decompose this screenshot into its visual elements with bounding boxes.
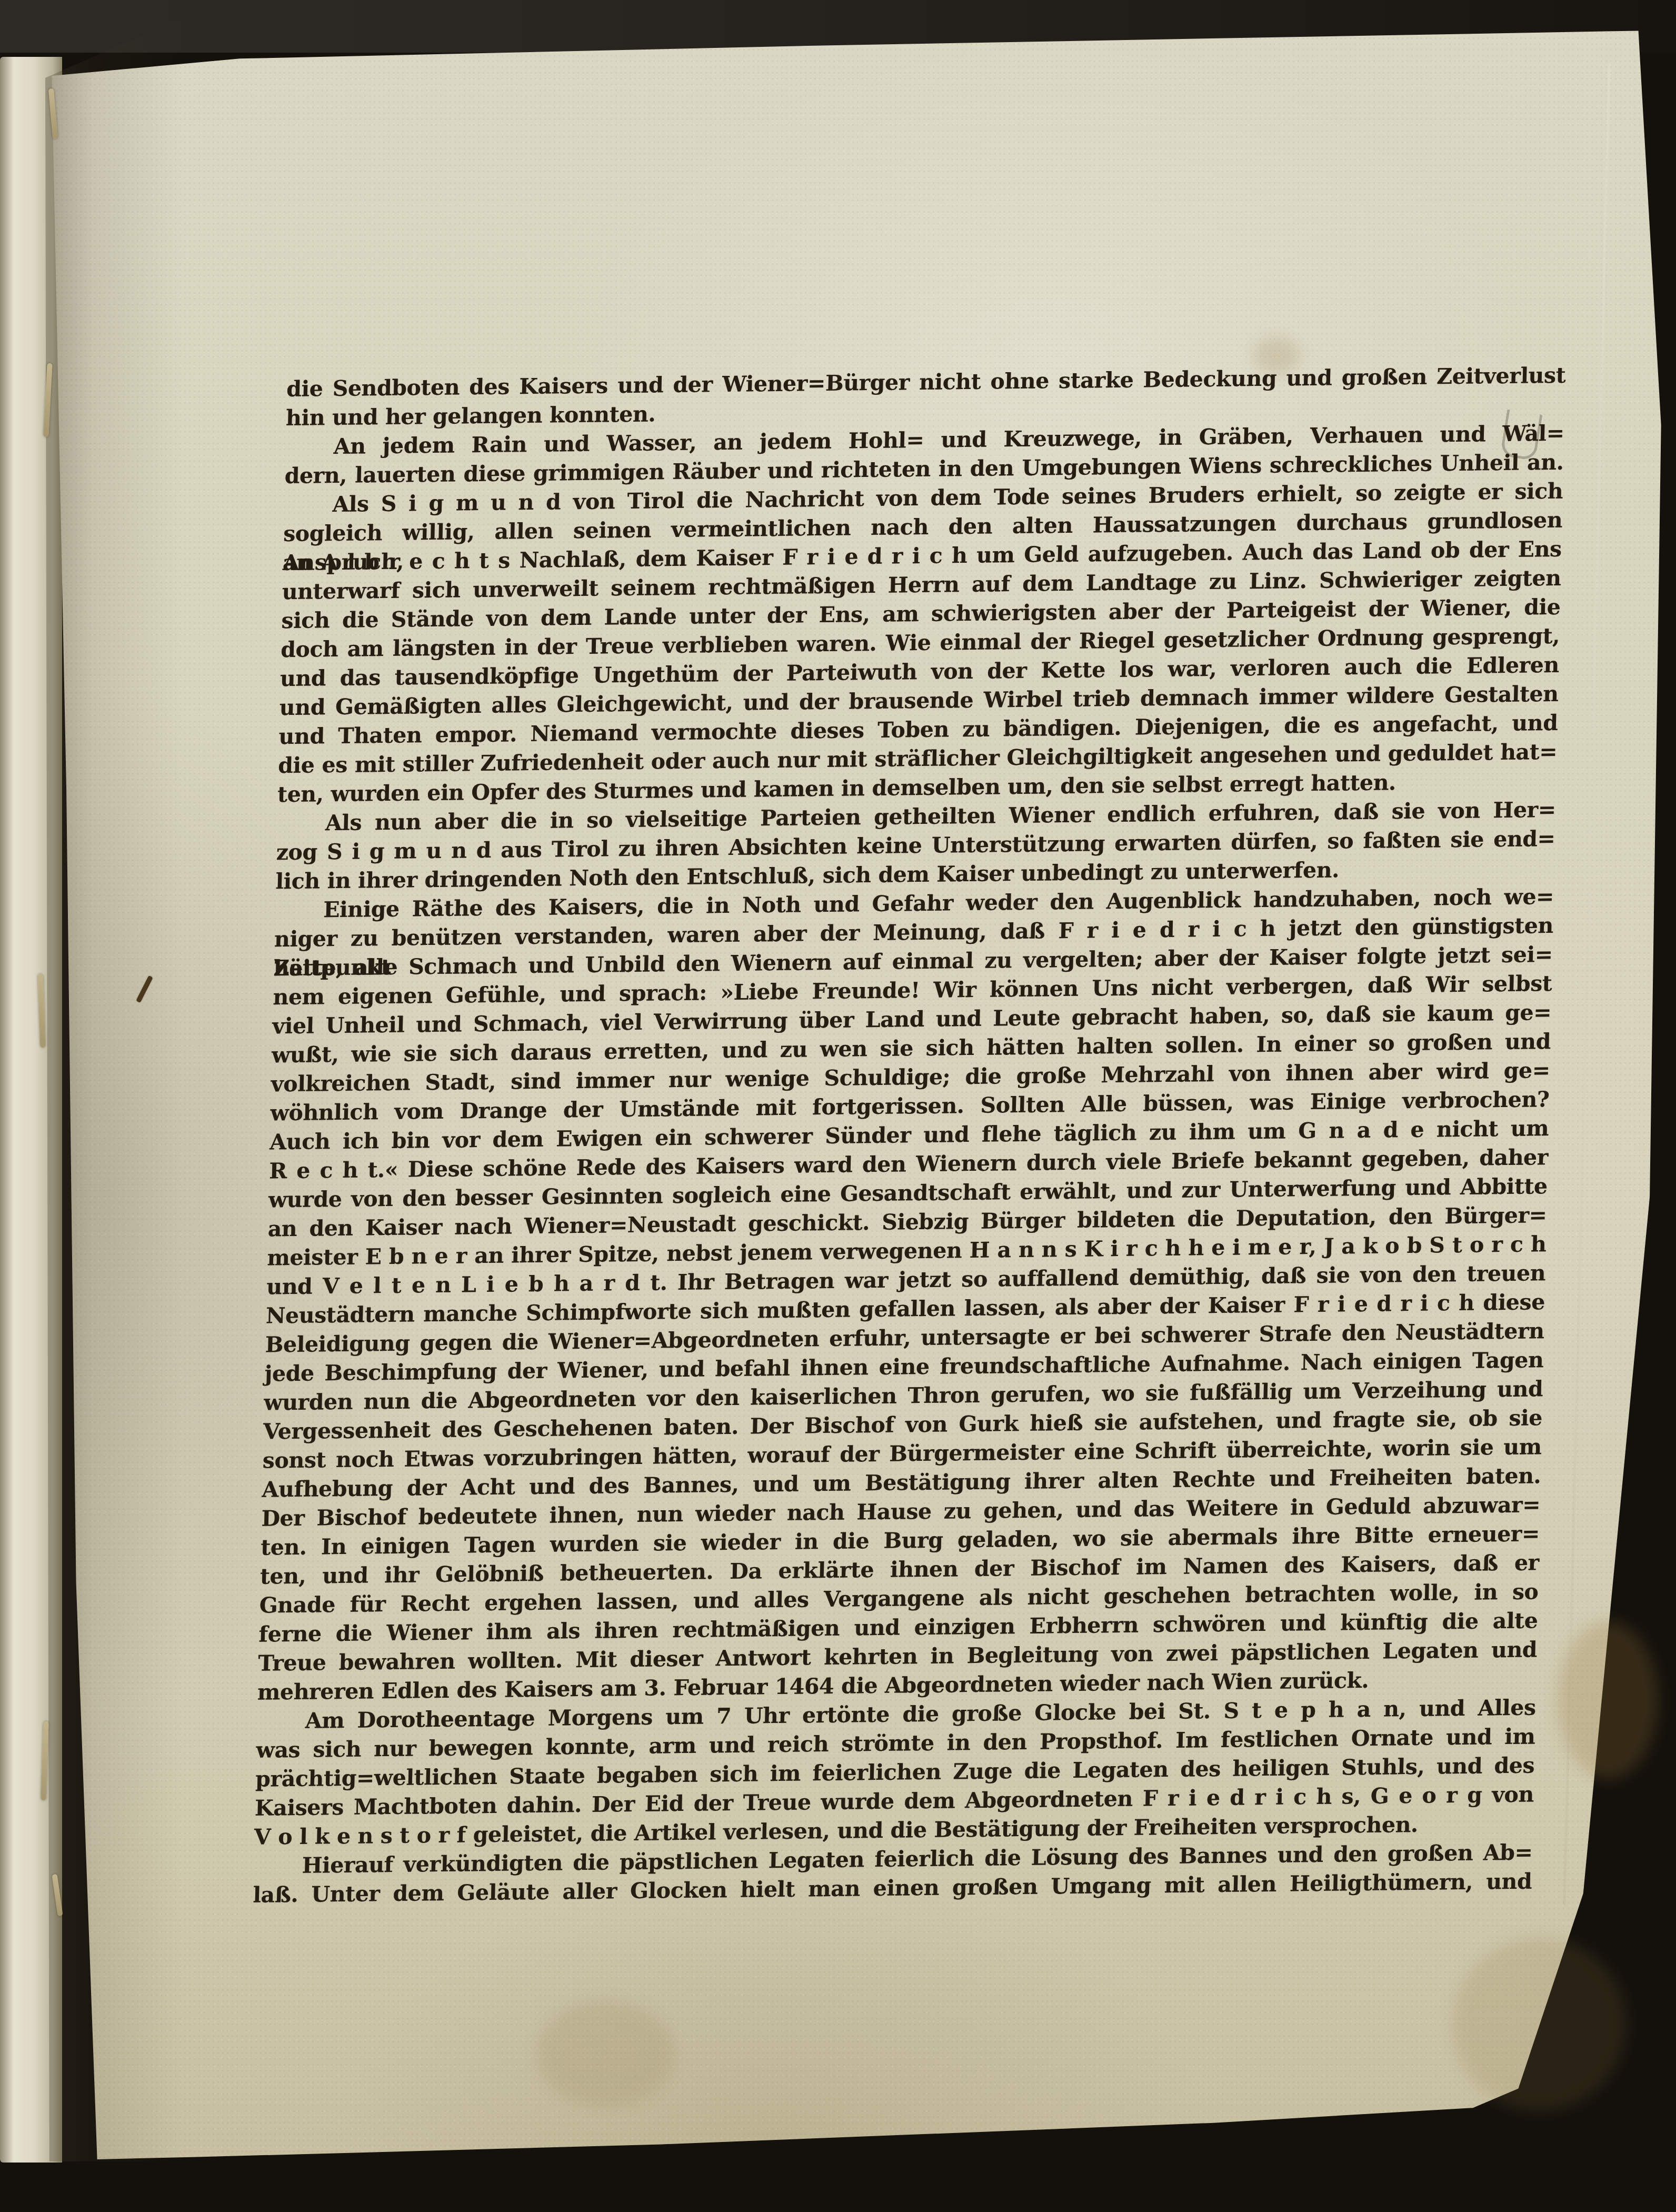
text-block: die Sendboten des Kaisers und der Wiener…	[253, 361, 1566, 1910]
scanned-book-page: { "page": { "background_color": "#14110c…	[0, 0, 1676, 2212]
paper-stain	[1453, 1937, 1627, 2111]
paper-stain	[537, 2000, 674, 2106]
spine-fold-shadow	[45, 18, 182, 2161]
paper-stain	[1558, 1621, 1658, 1779]
